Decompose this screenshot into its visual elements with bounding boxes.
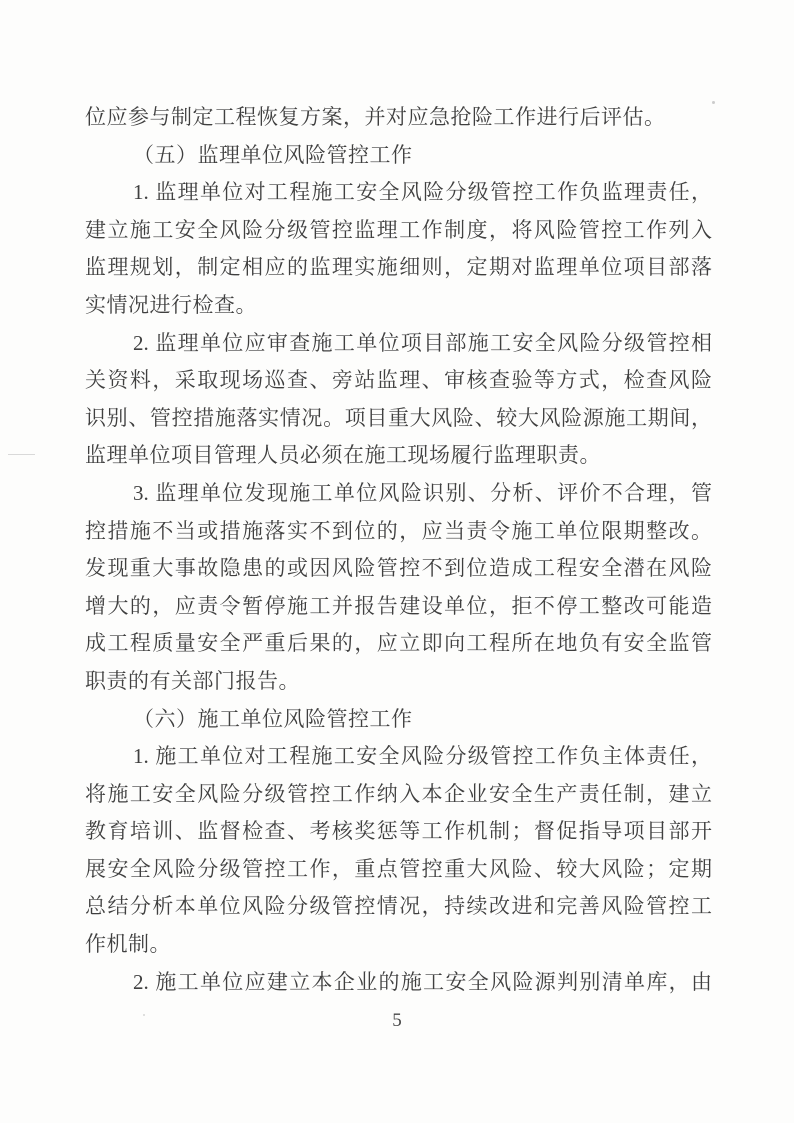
text-line: 展安全风险分级管控工作，重点管控重大风险、较大风险；定期 bbox=[85, 851, 712, 889]
text-line: 2. 施工单位应建立本企业的施工安全风险源判别清单库，由 bbox=[85, 964, 712, 1002]
text-line: 监理单位项目管理人员必须在施工现场履行监理职责。 bbox=[85, 437, 712, 475]
text-line: 2. 监理单位应审查施工单位项目部施工安全风险分级管控相 bbox=[85, 325, 712, 363]
scan-artifact bbox=[143, 1014, 145, 1016]
text-line: 将施工安全风险分级管控工作纳入本企业安全生产责任制，建立 bbox=[85, 776, 712, 814]
text-line: 监理规划，制定相应的监理实施细则，定期对监理单位项目部落 bbox=[85, 249, 712, 287]
text-line: 位应参与制定工程恢复方案，并对应急抢险工作进行后评估。 bbox=[85, 99, 712, 137]
section-heading-6: （六）施工单位风险管控工作 bbox=[85, 701, 712, 739]
scanned-document-page: 位应参与制定工程恢复方案，并对应急抢险工作进行后评估。 （五）监理单位风险管控工… bbox=[0, 0, 794, 1123]
text-line: 实情况进行检查。 bbox=[85, 287, 712, 325]
text-line: 关资料，采取现场巡查、旁站监理、审核查验等方式，检查风险 bbox=[85, 362, 712, 400]
text-line: 作机制。 bbox=[85, 926, 712, 964]
text-line: 增大的，应责令暂停施工并报告建设单位，拒不停工整改可能造 bbox=[85, 588, 712, 626]
text-line: 职责的有关部门报告。 bbox=[85, 663, 712, 701]
text-line: 1. 监理单位对工程施工安全风险分级管控工作负监理责任， bbox=[85, 174, 712, 212]
scan-artifact bbox=[712, 101, 715, 104]
text-line: 1. 施工单位对工程施工安全风险分级管控工作负主体责任， bbox=[85, 738, 712, 776]
text-line: 建立施工安全风险分级管控监理工作制度，将风险管控工作列入 bbox=[85, 212, 712, 250]
text-line: 识别、管控措施落实情况。项目重大风险、较大风险源施工期间， bbox=[85, 400, 712, 438]
section-heading-5: （五）监理单位风险管控工作 bbox=[85, 137, 712, 175]
scan-artifact bbox=[8, 454, 35, 455]
text-line: 成工程质量安全严重后果的，应立即向工程所在地负有安全监管 bbox=[85, 625, 712, 663]
page-number: 5 bbox=[0, 1006, 794, 1036]
text-line: 3. 监理单位发现施工单位风险识别、分析、评价不合理，管 bbox=[85, 475, 712, 513]
text-line: 控措施不当或措施落实不到位的，应当责令施工单位限期整改。 bbox=[85, 513, 712, 551]
text-line: 发现重大事故隐患的或因风险管控不到位造成工程安全潜在风险 bbox=[85, 550, 712, 588]
document-body: 位应参与制定工程恢复方案，并对应急抢险工作进行后评估。 （五）监理单位风险管控工… bbox=[85, 99, 712, 1001]
text-line: 总结分析本单位风险分级管控情况，持续改进和完善风险管控工 bbox=[85, 888, 712, 926]
text-line: 教育培训、监督检查、考核奖惩等工作机制；督促指导项目部开 bbox=[85, 813, 712, 851]
